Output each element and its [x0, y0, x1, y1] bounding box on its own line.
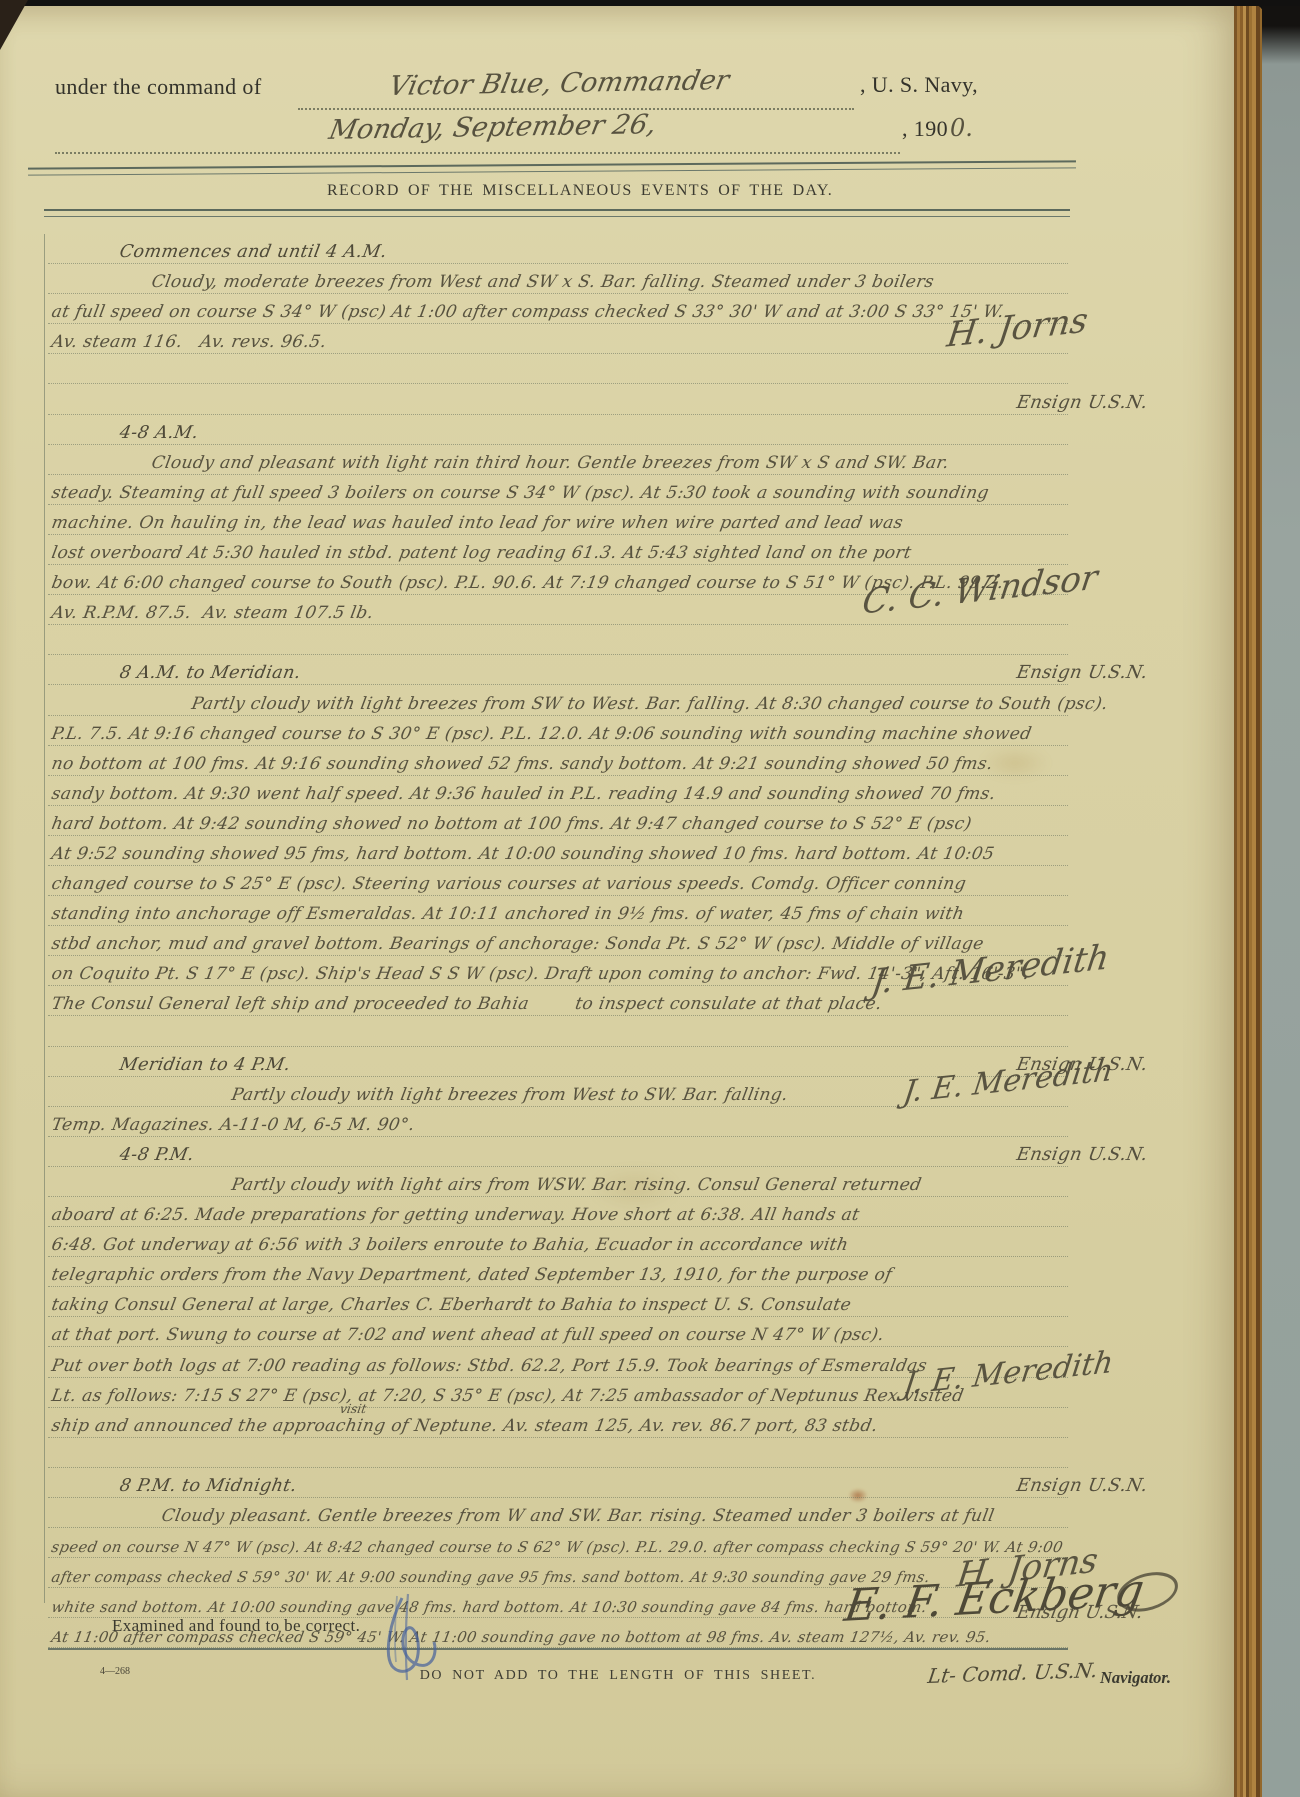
ruled-line: 8 P.M. to Midnight.Ensign U.S.N.	[48, 1468, 1068, 1498]
ruled-line: standing into anchorage off Esmeraldas. …	[48, 896, 1068, 926]
log-text: after compass checked S 59° 30' W. At 9:…	[50, 1569, 931, 1586]
ruled-line: changed course to S 25° E (psc). Steerin…	[48, 866, 1068, 896]
log-text: steady. Steaming at full speed 3 boilers…	[50, 483, 991, 503]
log-text: no bottom at 100 fms. At 9:16 sounding s…	[50, 754, 995, 774]
ruled-line: At 9:52 sounding showed 95 fms, hard bot…	[48, 836, 1068, 866]
ruled-line: Partly cloudy with light airs from WSW. …	[48, 1167, 1068, 1197]
log-body: Commences and until 4 A.M. Cloudy, moder…	[48, 234, 1068, 1650]
ruled-line: 6:48. Got underway at 6:56 with 3 boiler…	[48, 1227, 1068, 1257]
signature-rank: Ensign U.S.N.	[1015, 392, 1149, 413]
ruled-line: 4-8 P.M.Ensign U.S.N.	[48, 1137, 1068, 1167]
log-text: at full speed on course S 34° W (psc) At…	[50, 302, 1006, 322]
ruled-line: Av. steam 116. Av. revs. 96.5.	[48, 324, 1068, 354]
do-not-add-notice: DO NOT ADD TO THE LENGTH OF THIS SHEET.	[0, 1668, 1236, 1684]
log-text: aboard at 6:25. Made preparations for ge…	[50, 1205, 861, 1225]
header-rule	[28, 160, 1076, 175]
ruled-line: no bottom at 100 fms. At 9:16 sounding s…	[48, 746, 1068, 776]
log-text: ship and announced the approaching of Ne…	[50, 1416, 879, 1436]
year-printed: , 190	[902, 116, 948, 142]
watch-heading: 4-8 A.M.	[118, 423, 200, 443]
ruled-line: P.L. 7.5. At 9:16 changed course to S 30…	[48, 716, 1068, 746]
log-text: Partly cloudy with light breezes from SW…	[190, 694, 1110, 714]
watch-heading: Meridian to 4 P.M.	[118, 1055, 292, 1075]
watch-heading: 8 A.M. to Meridian.	[118, 663, 303, 683]
log-text: telegraphic orders from the Navy Departm…	[50, 1265, 894, 1285]
log-text: at that port. Swung to course at 7:02 an…	[50, 1325, 886, 1345]
year-handwritten: 0.	[950, 114, 973, 142]
log-text: Lt. as follows: 7:15 S 27° E (psc), at 7…	[50, 1386, 965, 1406]
log-page: under the command of Victor Blue, Comman…	[0, 6, 1236, 1797]
ruled-line: Meridian to 4 P.M.Ensign U.S.N.	[48, 1047, 1068, 1077]
commander-handwritten: Victor Blue, Commander	[386, 65, 731, 102]
ruled-line	[48, 1016, 1068, 1046]
log-text: lost overboard At 5:30 hauled in stbd. p…	[50, 543, 913, 563]
ruled-line: Commences and until 4 A.M.	[48, 234, 1068, 264]
log-text: Cloudy pleasant. Gentle breezes from W a…	[160, 1506, 996, 1526]
ruled-line: speed on course N 47° W (psc). At 8:42 c…	[48, 1528, 1068, 1558]
log-text: Partly cloudy with light breezes from We…	[230, 1085, 790, 1105]
navy-label: , U. S. Navy,	[860, 72, 978, 98]
ruled-line: telegraphic orders from the Navy Departm…	[48, 1257, 1068, 1287]
log-text: At 9:52 sounding showed 95 fms, hard bot…	[50, 844, 996, 864]
log-text: bow. At 6:00 changed course to South (ps…	[50, 573, 1005, 593]
log-text: Cloudy and pleasant with light rain thir…	[150, 453, 951, 473]
ruled-line: lost overboard At 5:30 hauled in stbd. p…	[48, 535, 1068, 565]
scan-background	[1262, 0, 1300, 1797]
ruled-line: taking Consul General at large, Charles …	[48, 1287, 1068, 1317]
margin-line	[44, 234, 45, 1603]
signature-rank: Ensign U.S.N.	[1015, 662, 1149, 683]
book-fore-edge	[1234, 4, 1264, 1797]
ruled-line: hard bottom. At 9:42 sounding showed no …	[48, 806, 1068, 836]
ruled-line: sandy bottom. At 9:30 went half speed. A…	[48, 776, 1068, 806]
log-text: speed on course N 47° W (psc). At 8:42 c…	[50, 1539, 1064, 1556]
ruled-line: Ensign U.S.N.	[48, 384, 1068, 414]
ruled-line: aboard at 6:25. Made preparations for ge…	[48, 1197, 1068, 1227]
log-text: taking Consul General at large, Charles …	[50, 1295, 853, 1315]
page-title: RECORD OF THE MISCELLANEOUS EVENTS OF TH…	[0, 182, 1160, 200]
signature-rank: Ensign U.S.N.	[1015, 1144, 1149, 1165]
logbook-scan: under the command of Victor Blue, Comman…	[0, 0, 1300, 1797]
watch-heading: Commences and until 4 A.M.	[118, 242, 389, 262]
log-text: stbd anchor, mud and gravel bottom. Bear…	[50, 934, 986, 954]
log-text: white sand bottom. At 10:00 sounding gav…	[50, 1599, 928, 1616]
watch-heading: 4-8 P.M.	[118, 1145, 196, 1165]
ruled-line: ship and announced the approaching of Ne…	[48, 1408, 1068, 1438]
ruled-line: Cloudy, moderate breezes from West and S…	[48, 264, 1068, 294]
log-text: changed course to S 25° E (psc). Steerin…	[50, 874, 968, 894]
log-text: Temp. Magazines. A-11-0 M, 6-5 M. 90°.	[50, 1115, 416, 1135]
ruled-line: 8 A.M. to Meridian.Ensign U.S.N.	[48, 655, 1068, 685]
ruled-line	[48, 625, 1068, 655]
log-text: Partly cloudy with light airs from WSW. …	[230, 1175, 923, 1195]
log-text: 6:48. Got underway at 6:56 with 3 boiler…	[50, 1235, 850, 1255]
ruled-line: Cloudy and pleasant with light rain thir…	[48, 445, 1068, 475]
ruled-line: Partly cloudy with light breezes from SW…	[48, 685, 1068, 715]
signature-rank: Ensign U.S.N.	[1015, 1475, 1149, 1496]
ruled-line: steady. Steaming at full speed 3 boilers…	[48, 475, 1068, 505]
log-text: Av. steam 116. Av. revs. 96.5.	[50, 332, 328, 352]
watch-heading: 8 P.M. to Midnight.	[118, 1476, 298, 1496]
log-text: Cloudy, moderate breezes from West and S…	[150, 272, 936, 292]
ruled-line	[48, 354, 1068, 384]
command-label: under the command of	[55, 74, 262, 100]
log-text: standing into anchorage off Esmeraldas. …	[50, 904, 966, 924]
ruled-line: at full speed on course S 34° W (psc) At…	[48, 294, 1068, 324]
examined-statement: Examined and found to be correct.	[112, 1616, 360, 1636]
ruled-line	[48, 1438, 1068, 1468]
log-text: sandy bottom. At 9:30 went half speed. A…	[50, 784, 997, 804]
date-handwritten: Monday, September 26,	[326, 109, 659, 146]
log-text: P.L. 7.5. At 9:16 changed course to S 30…	[50, 724, 1033, 744]
log-text: Av. R.P.M. 87.5. Av. steam 107.5 lb.	[50, 603, 375, 623]
log-text: machine. On hauling in, the lead was hau…	[50, 513, 905, 533]
ruled-line: machine. On hauling in, the lead was hau…	[48, 505, 1068, 535]
ruled-line: Cloudy pleasant. Gentle breezes from W a…	[48, 1498, 1068, 1528]
title-rule	[44, 209, 1070, 217]
ruled-line: stbd anchor, mud and gravel bottom. Bear…	[48, 926, 1068, 956]
log-text: Put over both logs at 7:00 reading as fo…	[50, 1356, 929, 1376]
inserted-word: visit	[339, 1401, 368, 1416]
ruled-line: 4-8 A.M.	[48, 415, 1068, 445]
log-text: The Consul General left ship and proceed…	[50, 994, 884, 1014]
scan-edge-top	[0, 0, 1300, 6]
log-text: hard bottom. At 9:42 sounding showed no …	[50, 814, 973, 834]
ruled-line: Temp. Magazines. A-11-0 M, 6-5 M. 90°.	[48, 1107, 1068, 1137]
ruled-line: at that port. Swung to course at 7:02 an…	[48, 1317, 1068, 1347]
